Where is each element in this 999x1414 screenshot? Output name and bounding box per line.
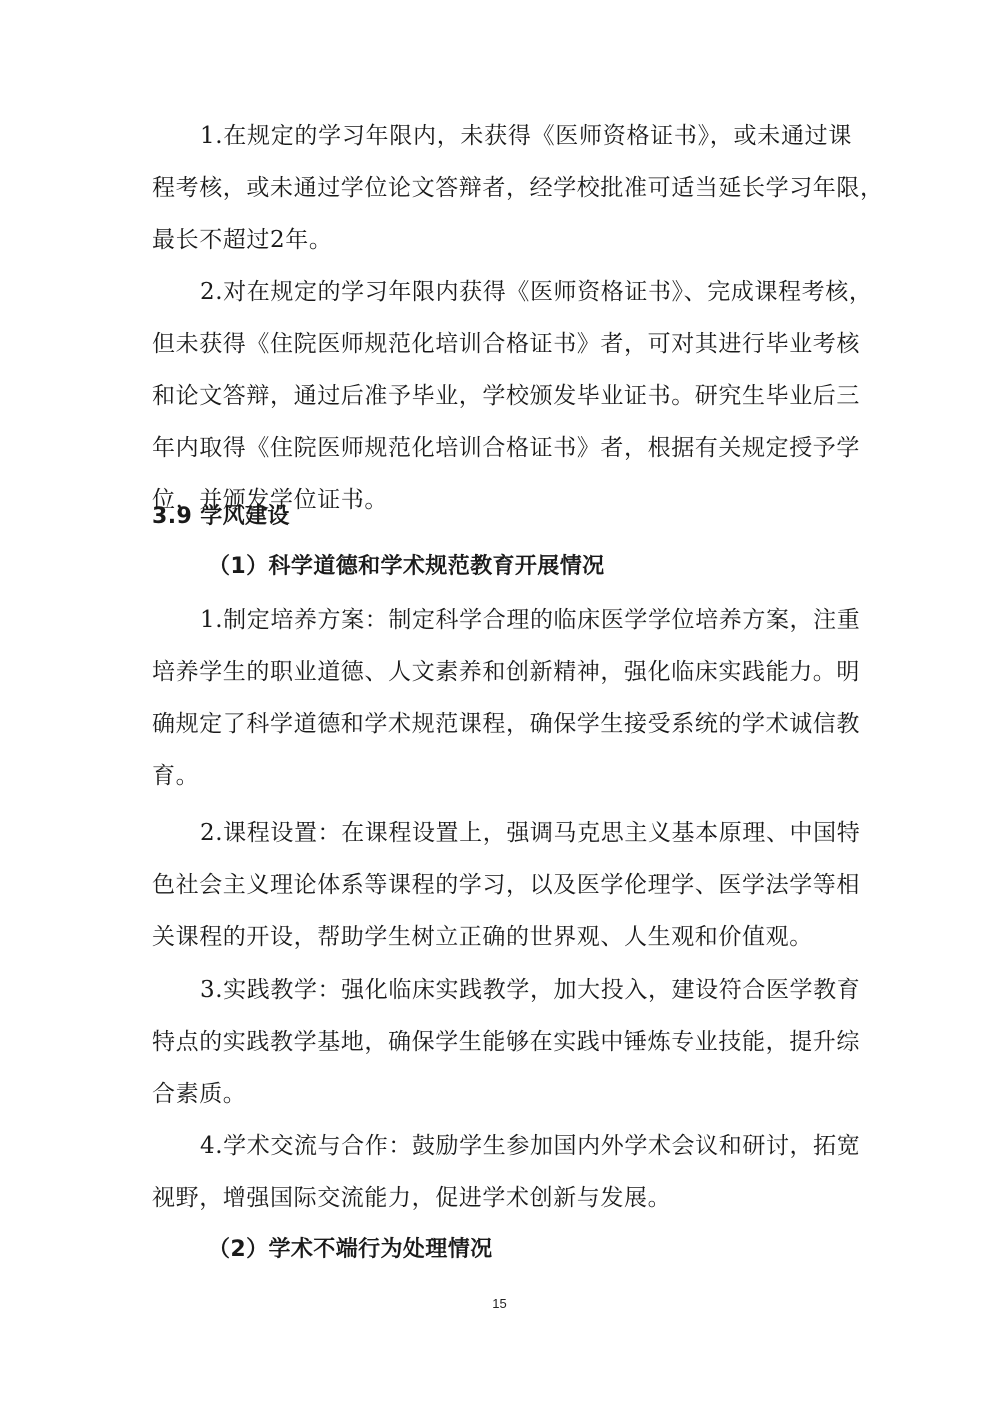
list-item-line: 色社会主义理论体系等课程的学习，以及医学伦理学、医学法学等相 [152,870,852,900]
subsection-heading: （1）科学道德和学术规范教育开展情况 [208,552,908,582]
list-item-line: 2.课程设置：在课程设置上，强调马克思主义基本原理、中国特 [200,818,852,848]
list-item-line: 确规定了科学道德和学术规范课程，确保学生接受系统的学术诚信教 [152,709,852,739]
paragraph-line: 和论文答辩，通过后准予毕业，学校颁发毕业证书。研究生毕业后三 [152,381,852,411]
paragraph-line: 2.对在规定的学习年限内获得《医师资格证书》、完成课程考核， [200,277,852,307]
list-item-line: 3.实践教学：强化临床实践教学，加大投入，建设符合医学教育 [200,975,852,1005]
list-item-line: 培养学生的职业道德、人文素养和创新精神，强化临床实践能力。明 [152,657,852,687]
paragraph-line: 最长不超过2年。 [152,225,852,255]
list-item-line: 合素质。 [152,1079,852,1109]
paragraph-line: 年内取得《住院医师规范化培训合格证书》者，根据有关规定授予学 [152,433,852,463]
list-item-line: 特点的实践教学基地，确保学生能够在实践中锤炼专业技能，提升综 [152,1027,852,1057]
list-item-line: 视野，增强国际交流能力，促进学术创新与发展。 [152,1183,852,1213]
list-item-line: 育。 [152,761,852,791]
paragraph-line: 程考核，或未通过学位论文答辩者，经学校批准可适当延长学习年限， [152,173,852,203]
paragraph-line: 1.在规定的学习年限内，未获得《医师资格证书》，或未通过课 [200,121,852,151]
paragraph-line: 但未获得《住院医师规范化培训合格证书》者，可对其进行毕业考核 [152,329,852,359]
document-page: 1.在规定的学习年限内，未获得《医师资格证书》，或未通过课 程考核，或未通过学位… [0,0,999,1414]
section-heading: 3.9 学风建设 [152,502,852,532]
list-item-line: 1.制定培养方案：制定科学合理的临床医学学位培养方案，注重 [200,605,852,635]
page-number: 15 [0,1296,999,1311]
subsection-heading: （2）学术不端行为处理情况 [208,1235,908,1265]
list-item-line: 关课程的开设，帮助学生树立正确的世界观、人生观和价值观。 [152,922,852,952]
list-item-line: 4.学术交流与合作：鼓励学生参加国内外学术会议和研讨，拓宽 [200,1131,852,1161]
